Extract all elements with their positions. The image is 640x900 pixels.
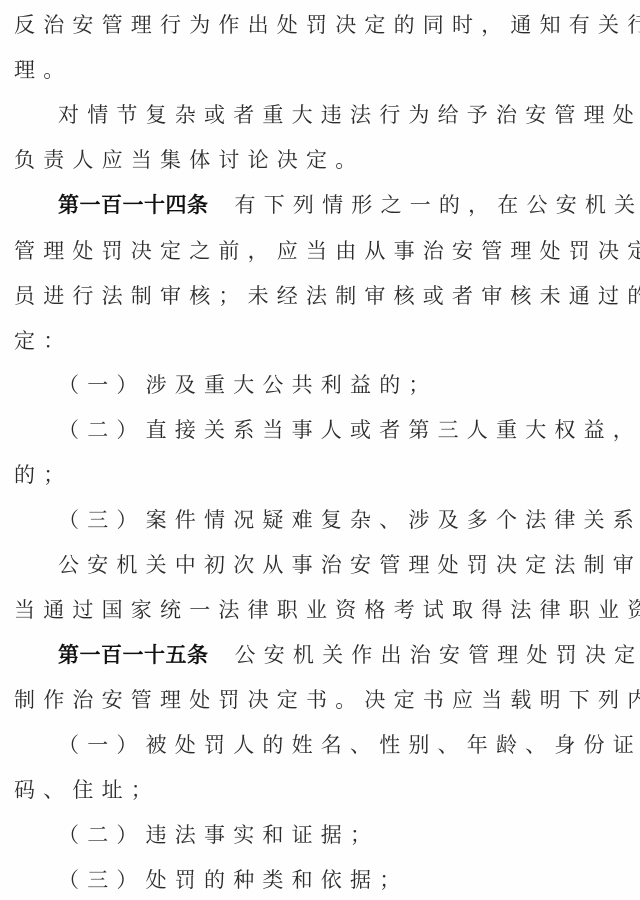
text-line: 公安机关中初次从事治安管理处罚决定法制审核的人员，应 bbox=[58, 550, 640, 580]
list-item: （三）处罚的种类和依据； bbox=[58, 865, 408, 895]
article-114-first-line: 第一百一十四条有下列情形之一的，在公安机关作出治安 bbox=[58, 190, 640, 220]
list-item: （一）涉及重大公共利益的； bbox=[58, 370, 438, 400]
article-115-heading: 第一百一十五条 bbox=[58, 643, 209, 667]
text-line: 反治安管理行为作出处罚决定的同时，通知有关行政主管部门处 bbox=[14, 10, 640, 40]
article-115-text: 公安机关作出治安管理处罚决定的，应当 bbox=[235, 643, 640, 667]
text-line: 负责人应当集体讨论决定。 bbox=[14, 145, 364, 175]
article-115-first-line: 第一百一十五条公安机关作出治安管理处罚决定的，应当 bbox=[58, 640, 640, 670]
document-page: 反治安管理行为作出处罚决定的同时，通知有关行政主管部门处 理。 对情节复杂或者重… bbox=[0, 0, 640, 900]
article-114-heading: 第一百一十四条 bbox=[58, 193, 209, 217]
list-item: （二）直接关系当事人或者第三人重大权益，经过听证程序 bbox=[58, 415, 640, 445]
text-line: 当通过国家统一法律职业资格考试取得法律职业资格。 bbox=[14, 595, 640, 625]
text-line: 码、住址； bbox=[14, 775, 160, 805]
article-114-text: 有下列情形之一的，在公安机关作出治安 bbox=[235, 193, 640, 217]
text-line: 定： bbox=[14, 326, 72, 356]
text-line: 制作治安管理处罚决定书。决定书应当载明下列内容： bbox=[14, 685, 640, 715]
text-line: 对情节复杂或者重大违法行为给予治安管理处罚，公安机关 bbox=[58, 100, 640, 130]
text-line: 的； bbox=[14, 460, 72, 490]
text-line: 理。 bbox=[14, 55, 72, 85]
list-item: （二）违法事实和证据； bbox=[58, 820, 379, 850]
text-line: 员进行法制审核；未经法制审核或者审核未通过的，不得作出决 bbox=[14, 281, 640, 311]
list-item: （一）被处罚人的姓名、性别、年龄、身份证件的名称和号 bbox=[58, 730, 640, 760]
text-line: 管理处罚决定之前，应当由从事治安管理处罚决定法制审核的人 bbox=[14, 236, 640, 266]
list-item: （三）案件情况疑难复杂、涉及多个法律关系的。 bbox=[58, 505, 640, 535]
